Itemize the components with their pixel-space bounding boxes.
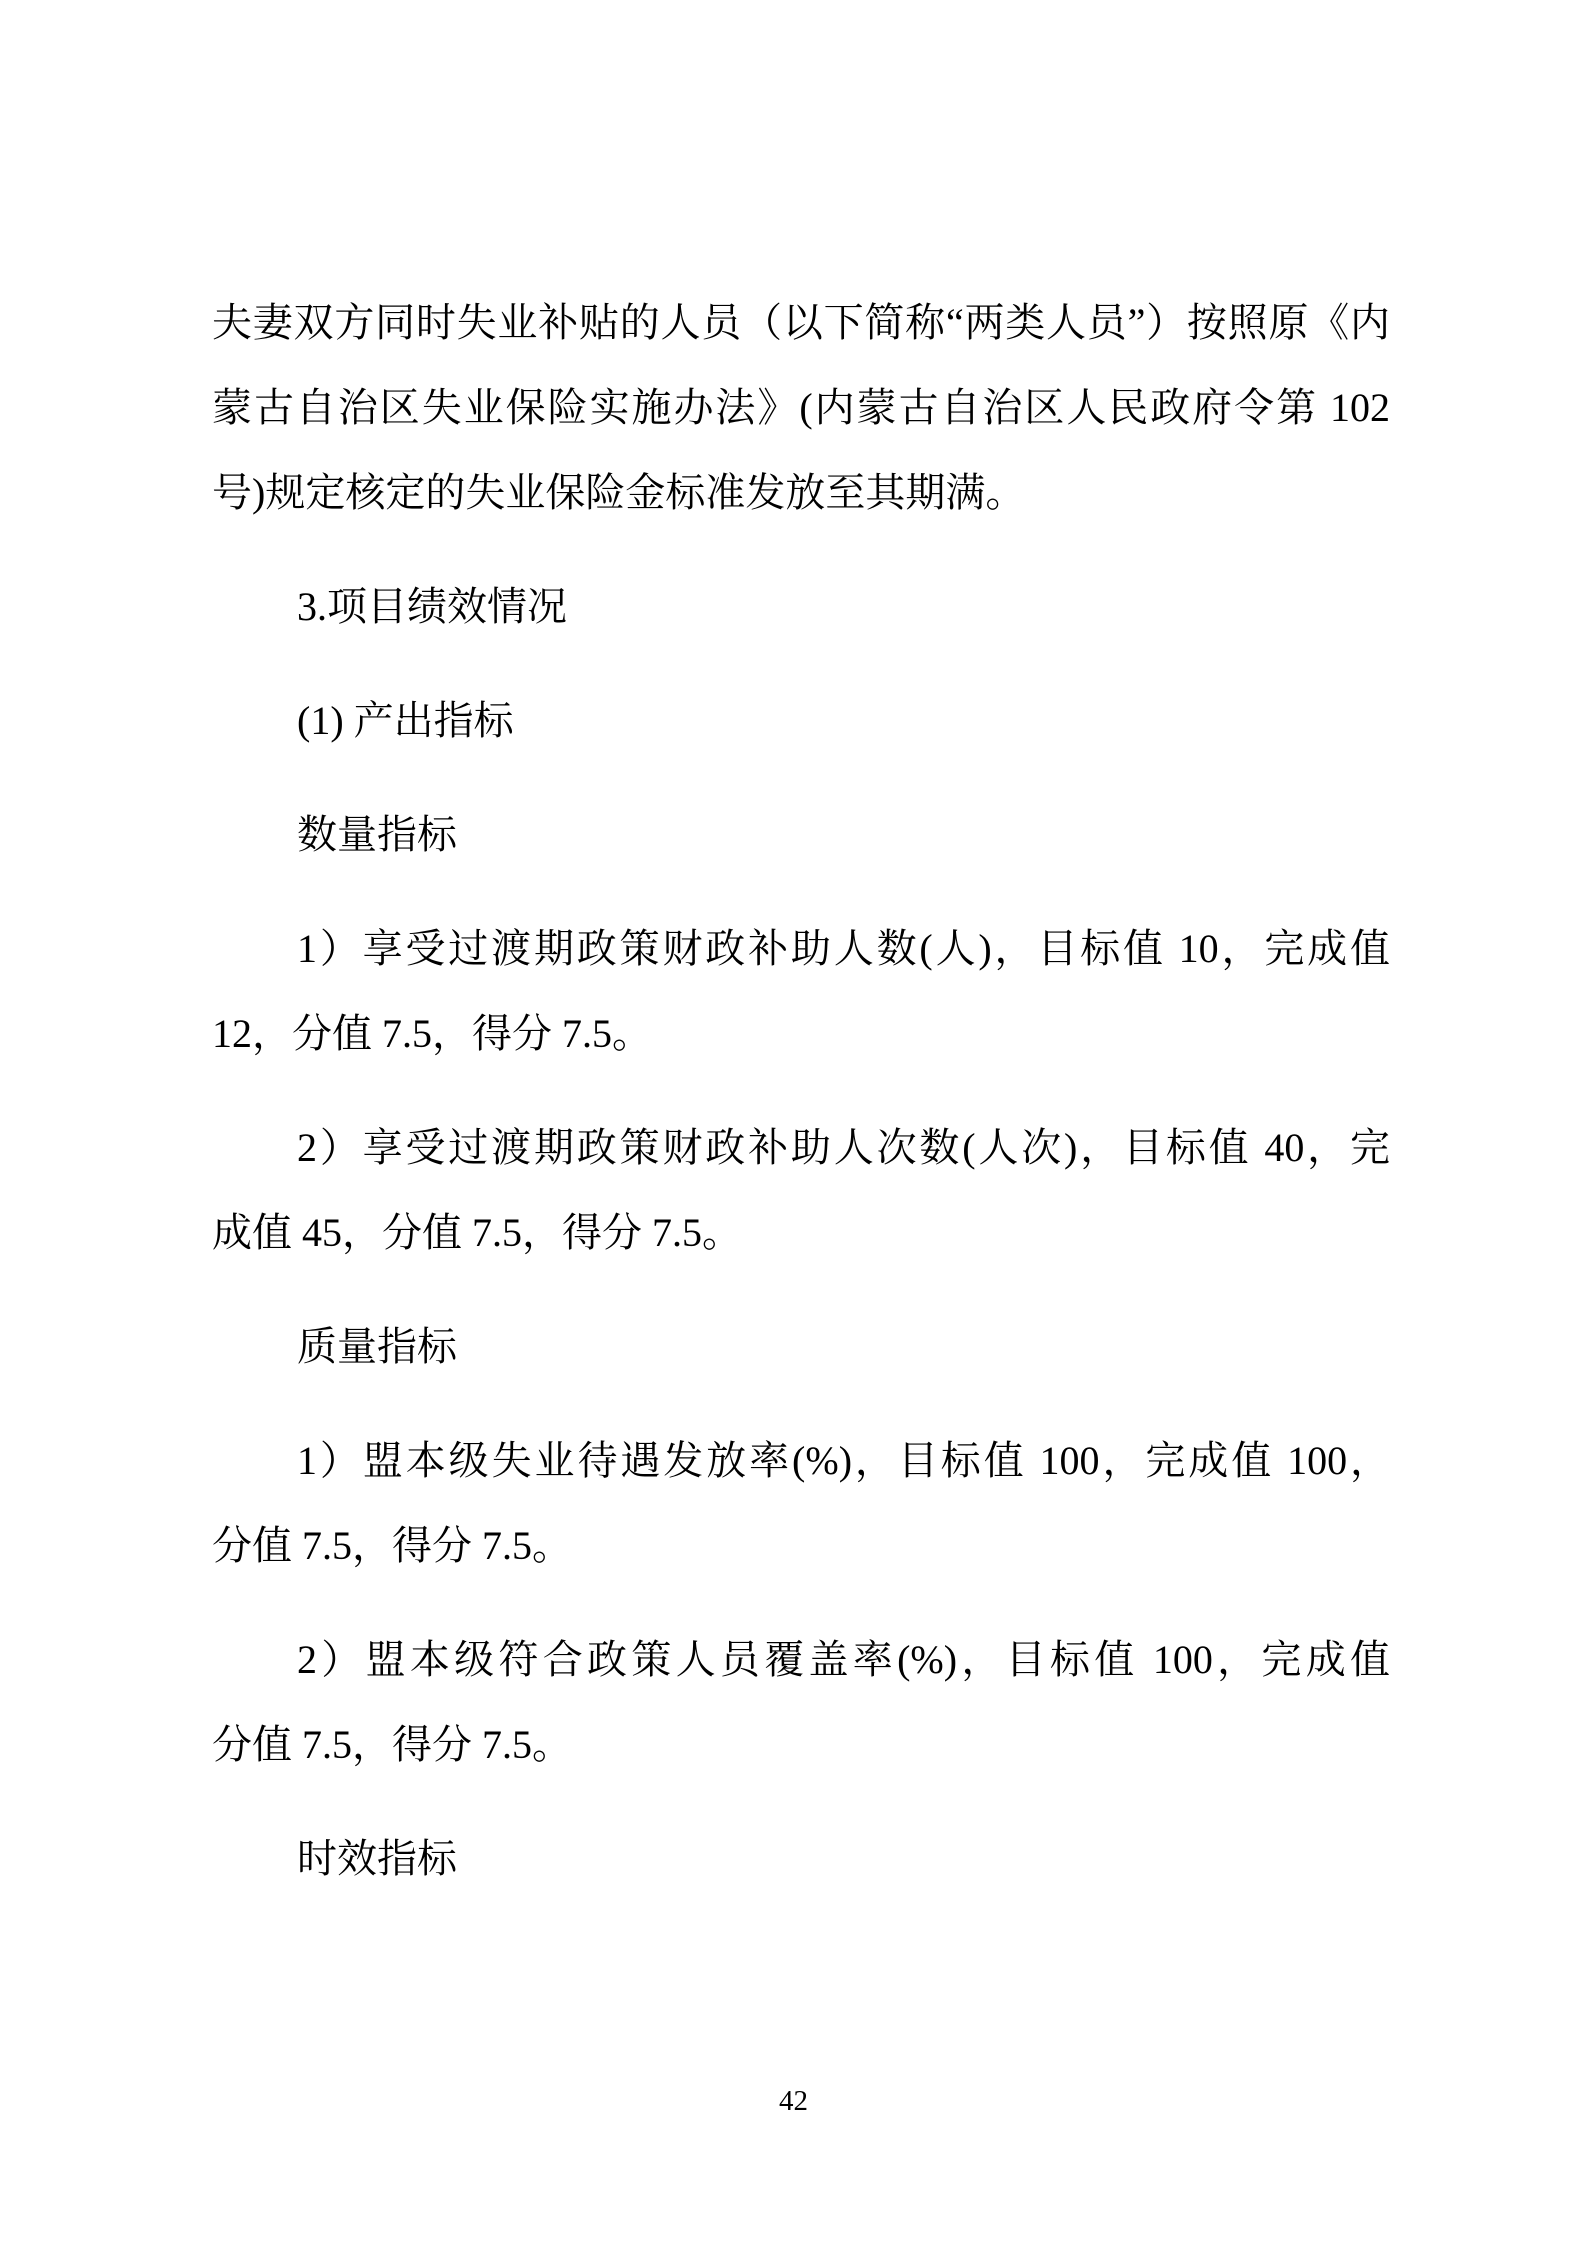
- paragraph-line: 2）盟本级符合政策人员覆盖率(%)，目标值 100，完成值 100，: [212, 1617, 1390, 1702]
- paragraph-line: 分值 7.5，得分 7.5。: [212, 1702, 1390, 1787]
- document-page: 夫妻双方同时失业补贴的人员（以下简称“两类人员”）按照原《内 蒙古自治区失业保险…: [0, 0, 1587, 2245]
- paragraph-line: 成值 45，分值 7.5，得分 7.5。: [212, 1190, 1390, 1275]
- paragraph-line: 分值 7.5，得分 7.5。: [212, 1503, 1390, 1588]
- paragraph-line: 蒙古自治区失业保险实施办法》(内蒙古自治区人民政府令第 102: [212, 365, 1390, 450]
- section-heading: 3.项目绩效情况: [212, 564, 1390, 649]
- heading-line: (1) 产出指标: [212, 678, 1390, 763]
- paragraph-indicator-item: 2）盟本级符合政策人员覆盖率(%)，目标值 100，完成值 100， 分值 7.…: [212, 1617, 1390, 1787]
- section-heading: 数量指标: [212, 792, 1390, 877]
- paragraph-line: 2）享受过渡期政策财政补助人次数(人次)，目标值 40，完: [212, 1105, 1390, 1190]
- paragraph-line: 1）盟本级失业待遇发放率(%)，目标值 100，完成值 100，: [212, 1418, 1390, 1503]
- document-body: 夫妻双方同时失业补贴的人员（以下简称“两类人员”）按照原《内 蒙古自治区失业保险…: [212, 280, 1390, 1901]
- paragraph-continuation: 夫妻双方同时失业补贴的人员（以下简称“两类人员”）按照原《内 蒙古自治区失业保险…: [212, 280, 1390, 535]
- paragraph-line: 夫妻双方同时失业补贴的人员（以下简称“两类人员”）按照原《内: [212, 280, 1390, 365]
- paragraph-indicator-item: 1）享受过渡期政策财政补助人数(人)，目标值 10，完成值 12，分值 7.5，…: [212, 906, 1390, 1076]
- paragraph-line: 号)规定核定的失业保险金标准发放至其期满。: [212, 450, 1390, 535]
- heading-line: 质量指标: [212, 1304, 1390, 1389]
- section-heading: 时效指标: [212, 1816, 1390, 1901]
- page-number: 42: [0, 2085, 1587, 2117]
- heading-line: 数量指标: [212, 792, 1390, 877]
- paragraph-indicator-item: 2）享受过渡期政策财政补助人次数(人次)，目标值 40，完 成值 45，分值 7…: [212, 1105, 1390, 1275]
- paragraph-line: 1）享受过渡期政策财政补助人数(人)，目标值 10，完成值: [212, 906, 1390, 991]
- heading-line: 3.项目绩效情况: [212, 564, 1390, 649]
- paragraph-line: 12，分值 7.5，得分 7.5。: [212, 991, 1390, 1076]
- heading-line: 时效指标: [212, 1816, 1390, 1901]
- section-heading: (1) 产出指标: [212, 678, 1390, 763]
- section-heading: 质量指标: [212, 1304, 1390, 1389]
- paragraph-indicator-item: 1）盟本级失业待遇发放率(%)，目标值 100，完成值 100， 分值 7.5，…: [212, 1418, 1390, 1588]
